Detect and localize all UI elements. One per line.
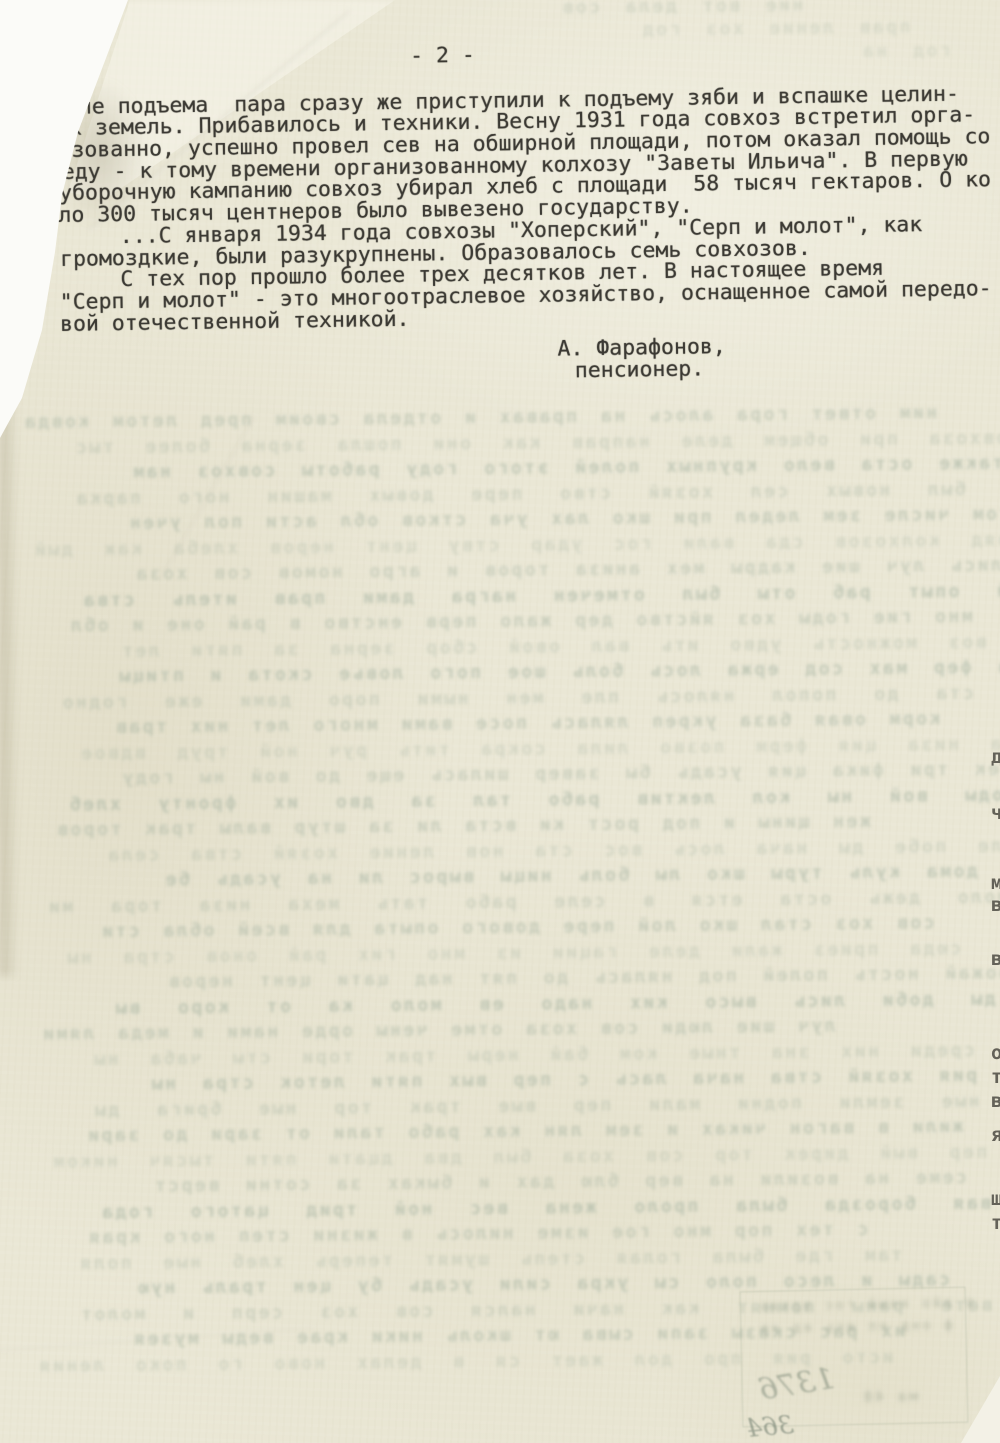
- bleedthrough-line: сюда приез жали деле гации из мно гих ра…: [65, 937, 961, 967]
- typed-text: - 2 -ле подъема пара сразу же приступили…: [56, 37, 1000, 390]
- stamp-text-row: р айо нный гос архив: [757, 1295, 974, 1315]
- adjacent-page-letter-fragment: м: [991, 872, 1000, 894]
- bleedthrough-line: после побе ды нача лось вос ста нов лени…: [106, 835, 1000, 866]
- bleedthrough-line: с тех пор мно гое изме нилось в жизни ст…: [87, 1219, 869, 1248]
- bleedthrough-line: а также оста вело крупных полей этого го…: [131, 452, 1000, 483]
- bleedthrough-line: новые дома куль туры шко лы боль ницы вы…: [163, 860, 1000, 890]
- bleedthrough-line: урожай ность полей под нялась до пят над…: [166, 962, 1000, 992]
- adjacent-page-letter-fragment: т: [991, 1066, 1000, 1088]
- bleedthrough-line: оста лись луч шие кадры мех аниза торов …: [134, 554, 1000, 585]
- adjacent-page-letter-fragment: в: [991, 948, 1000, 970]
- bleedthrough-line: мно гие годы хоз яйство дер жало перв ен…: [68, 606, 972, 636]
- adjacent-page-letter-fragment: ш: [991, 1188, 1000, 1210]
- stamp-text-row: ф онд оп ись ед хр: [757, 1318, 952, 1337]
- bleedthrough-line: жили в вагон чиках и зем лян ках рабо та…: [86, 1116, 964, 1146]
- scan-background: ние вот дела совправ ление хоз годгод на…: [0, 0, 1000, 1443]
- adjacent-page-letter-fragment: т: [991, 1212, 1000, 1234]
- bleedthrough-line: прав ление хоз год: [640, 16, 910, 40]
- bleedthrough-stamp-box: р айо нный гос архив ф онд оп ись ед хр …: [740, 1287, 969, 1428]
- bleedthrough-line: жен щины и под рост ки вста ли за штур в…: [55, 811, 871, 841]
- document-page: ние вот дела совправ ление хоз годгод на…: [0, 0, 1000, 1443]
- bleedthrough-line: там где была голая степь шумят теперь хл…: [78, 1244, 902, 1274]
- bleedthrough-line: ние вот дела сов: [560, 0, 804, 18]
- handwritten-number: 1376: [756, 1361, 837, 1408]
- bleedthrough-line: элек три фика ция усадь бы завер шилась …: [120, 758, 1000, 788]
- bleedthrough-line: пер вая борозда была проло жена вес ной …: [100, 1191, 1000, 1222]
- stamp-text-row: ма 48: [861, 1389, 918, 1406]
- adjacent-page-letter-fragment: д: [991, 746, 1000, 768]
- adjacent-page-letter-fragment: о: [991, 1042, 1000, 1064]
- bleedthrough-line: корм овая база укреп лялась посе вами мн…: [114, 708, 941, 738]
- bleedthrough-line: в том числе зем ледел при шко лах уча ст…: [127, 503, 1000, 534]
- adjacent-page-letter-fragment: в: [991, 894, 1000, 916]
- bleedthrough-line: семе на возили на вер блю дах и быках за…: [152, 1167, 967, 1197]
- bleedthrough-line: среди них зна тные ком бай неры трак тор…: [92, 1039, 975, 1069]
- bleedthrough-line: сов хоз стал шко лой пере дового опыта д…: [100, 912, 935, 942]
- bleedthrough-line: исто рия хозяй ства нача лась с пер вых …: [149, 1064, 1000, 1094]
- adjacent-page-letter-fragment: ч: [991, 802, 1000, 824]
- adjacent-page-letter-fragment: я: [991, 1124, 1000, 1146]
- handwritten-number-below: 364: [745, 1410, 795, 1443]
- bleedthrough-line: на фер мах сод ержа лось боль шое пого л…: [117, 656, 1000, 686]
- bleedthrough-line: луч шие люди сов хоза отме чены орде нам…: [41, 1015, 836, 1044]
- bleedthrough-line: целин ные земли подни мали пер вые трак …: [93, 1089, 1000, 1120]
- adjacent-page-letter-fragment: в: [991, 1090, 1000, 1112]
